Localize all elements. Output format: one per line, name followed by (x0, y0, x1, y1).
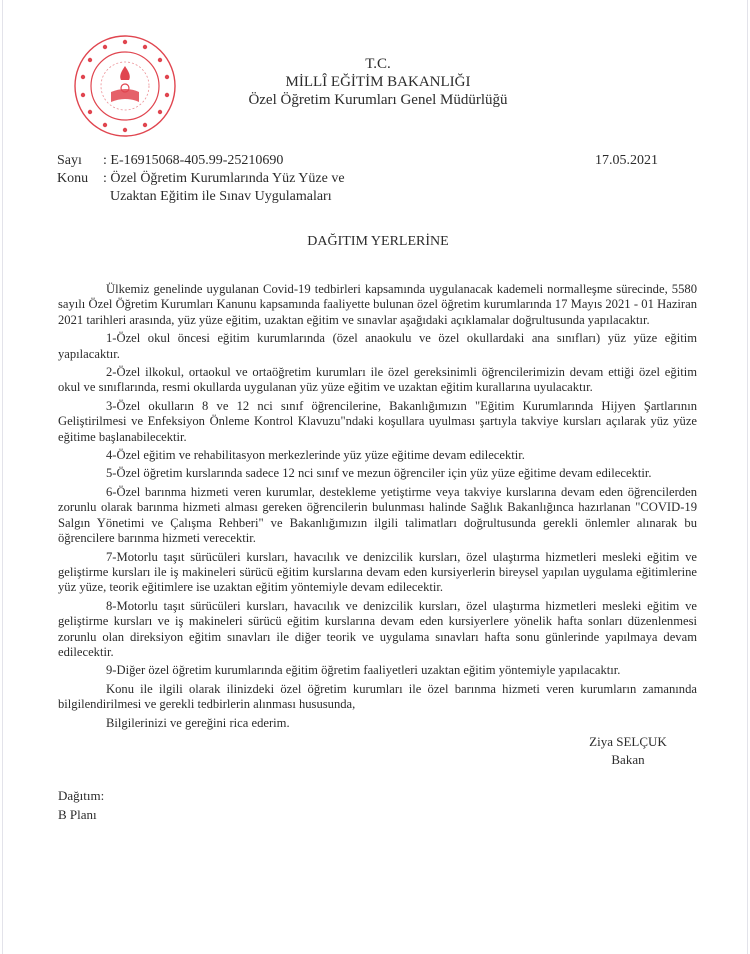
header-directorate: Özel Öğretim Kurumları Genel Müdürlüğü (3, 91, 750, 109)
letterhead: T.C. MİLLÎ EĞİTİM BAKANLIĞI Özel Öğretim… (3, 56, 750, 109)
konu-label: Konu (57, 170, 103, 188)
konu-value-line2-text: Uzaktan Eğitim ile Sınav Uygulamaları (110, 189, 332, 204)
konu-value-line1: : Özel Öğretim Kurumlarında Yüz Yüze ve (103, 170, 345, 188)
distribution-value: B Planı (58, 805, 104, 824)
document-page: T.C. MİLLÎ EĞİTİM BAKANLIĞI Özel Öğretim… (2, 0, 748, 954)
paragraph-item-5: 5-Özel öğretim kurslarında sadece 12 nci… (58, 466, 697, 481)
header-ministry: MİLLÎ EĞİTİM BAKANLIĞI (3, 73, 750, 91)
document-body: Ülkemiz genelinde uygulanan Covid-19 ted… (58, 282, 697, 734)
konu-value-line2: Uzaktan Eğitim ile Sınav Uygulamaları (57, 188, 345, 206)
sayi-value: : E-16915068-405.99-25210690 (103, 152, 283, 170)
paragraph-item-6: 6-Özel barınma hizmeti veren kurumlar, d… (58, 485, 697, 547)
paragraph-item-4: 4-Özel eğitim ve rehabilitasyon merkezle… (58, 448, 697, 463)
header-tc: T.C. (3, 56, 750, 73)
paragraph-item-2: 2-Özel ilkokul, ortaokul ve ortaöğretim … (58, 365, 697, 396)
signatory-title: Bakan (583, 751, 673, 769)
paragraph-closing: Konu ile ilgili olarak ilinizdeki özel ö… (58, 682, 697, 713)
paragraph-item-1: 1-Özel okul öncesi eğitim kurumlarında (… (58, 331, 697, 362)
paragraph-item-9: 9-Diğer özel öğretim kurumlarında eğitim… (58, 663, 697, 678)
signatory-name: Ziya SELÇUK (583, 733, 673, 751)
signature-block: Ziya SELÇUK Bakan (583, 733, 673, 769)
distribution-title: DAĞITIM YERLERİNE (3, 234, 750, 250)
paragraph-item-3: 3-Özel okulların 8 ve 12 nci sınıf öğren… (58, 399, 697, 445)
sayi-label: Sayı (57, 152, 103, 170)
document-meta: Sayı : E-16915068-405.99-25210690 Konu :… (57, 152, 345, 206)
document-date: 17.05.2021 (595, 152, 658, 170)
distribution-label: Dağıtım: (58, 786, 104, 805)
paragraph-item-8: 8-Motorlu taşıt sürücüleri kursları, hav… (58, 599, 697, 661)
paragraph-item-7: 7-Motorlu taşıt sürücüleri kursları, hav… (58, 550, 697, 596)
paragraph-request: Bilgilerinizi ve gereğini rica ederim. (58, 716, 697, 731)
paragraph-intro: Ülkemiz genelinde uygulanan Covid-19 ted… (58, 282, 697, 328)
distribution-block: Dağıtım: B Planı (58, 786, 104, 824)
